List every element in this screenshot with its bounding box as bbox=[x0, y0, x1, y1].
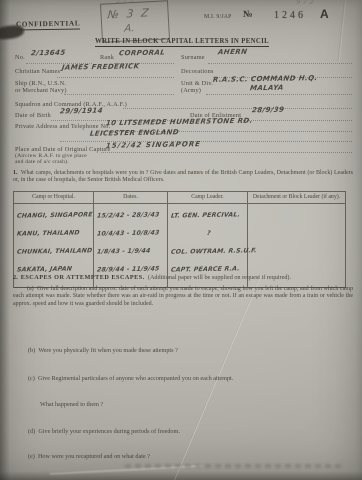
christian-names-label: Christian Names bbox=[15, 68, 60, 75]
question2-title-note: (Additional paper will be supplied on re… bbox=[148, 274, 291, 281]
case-number-stamp-box: № 3 Z A. bbox=[100, 0, 170, 43]
camp-leader: CAPT. PEARCE R.A. bbox=[170, 265, 240, 273]
top-right-fold bbox=[338, 0, 346, 62]
decorations-label: Decorations bbox=[181, 68, 214, 75]
question2d-label: (d) bbox=[28, 428, 35, 435]
question2e-label: (e) bbox=[28, 453, 35, 460]
stamp-box-number: № 3 Z bbox=[107, 6, 151, 21]
confidential-marking: CONFIDENTIAL bbox=[16, 19, 80, 30]
camp-row: SAKATA, JAPAN 28/9/44 - 11/9/45 CAPT. PE… bbox=[14, 258, 346, 276]
field-rule bbox=[243, 119, 352, 121]
camp-name: KANU, THAILAND bbox=[16, 229, 80, 237]
field-rule bbox=[60, 140, 352, 142]
unit-value-line1: R.A.S.C. COMMAND H.Q. bbox=[212, 74, 318, 84]
camp-name: CHUNKAI, THAILAND bbox=[16, 247, 92, 255]
camps-table-header-row: Camp or Hospital. Dates. Camp Leader. De… bbox=[14, 192, 346, 204]
left-edge-shadow bbox=[0, 0, 10, 480]
series-letter: A bbox=[320, 7, 329, 21]
christian-names-value: JAMES FREDERICK bbox=[61, 62, 140, 71]
question2c-label: (c) bbox=[28, 375, 35, 382]
surname-value: AHERN bbox=[217, 48, 247, 57]
unit-value-line2: MALAYA bbox=[249, 84, 284, 93]
header-camp-leader: Camp Leader. bbox=[168, 192, 248, 204]
stamp-box-letter: A. bbox=[124, 23, 135, 35]
field-rule bbox=[64, 93, 174, 95]
question2a-label: (a) bbox=[27, 286, 34, 292]
date-of-birth-value: 29/9/1914 bbox=[59, 107, 103, 116]
ship-label-line1: Ship (R.N., U.S.N. bbox=[15, 80, 66, 87]
header-detachment-leader: Detachment or Block Leader (if any). bbox=[248, 192, 346, 204]
header-dates: Dates. bbox=[94, 192, 168, 204]
question2e-text: (e) How were you recaptured and on what … bbox=[28, 453, 348, 460]
date-of-enlistment-value: 28/9/39 bbox=[251, 106, 284, 115]
question1-text: 1. What camps, detachments or hospitals … bbox=[13, 170, 353, 185]
question2d-text: (d) Give briefly your experiences during… bbox=[28, 428, 348, 435]
capture-label-line1: Place and Date of Original Capture bbox=[15, 146, 110, 153]
camp-leader: ? bbox=[207, 230, 212, 237]
field-rule bbox=[101, 151, 352, 153]
camp-dates: 28/9/44 - 11/9/45 bbox=[96, 265, 159, 273]
camp-leader: LT. GEN. PERCIVAL. bbox=[170, 211, 240, 219]
bottom-edge-shadow bbox=[0, 471, 362, 480]
bottom-showthrough-text bbox=[125, 464, 343, 468]
camp-leader: COL. OWTRAM. R.S.U.F. bbox=[170, 247, 257, 255]
pow-liberation-questionnaire: CONFIDENTIAL 2 1 2 № 3 Z A. M.I. 9/JAP №… bbox=[0, 0, 362, 480]
field-rule bbox=[206, 93, 352, 95]
unit-label-line1: Unit & Div. bbox=[181, 80, 213, 87]
form-reference: M.I. 9/JAP bbox=[204, 14, 232, 20]
camp-row: CHANGI, SINGAPORE 15/2/42 - 28/3/43 LT. … bbox=[14, 203, 346, 222]
question2c2-text: What happened to them ? bbox=[40, 401, 340, 408]
rank-label: Rank bbox=[100, 54, 114, 61]
question1-number: 1. bbox=[13, 170, 18, 176]
question2-number: 2. bbox=[13, 274, 18, 281]
ship-label-line2: or Merchant Navy) bbox=[15, 87, 67, 94]
instruction-heading: WRITE IN BLOCK CAPITAL LETTERS IN PENCIL bbox=[95, 38, 269, 47]
camp-dates: 15/2/42 - 28/3/43 bbox=[96, 211, 159, 219]
date-of-birth-label: Date of Birth bbox=[15, 112, 51, 119]
camp-dates: 1/8/43 - 1/9/44 bbox=[97, 247, 151, 255]
camp-row: CHUNKAI, THAILAND 1/8/43 - 1/9/44 COL. O… bbox=[14, 240, 346, 258]
field-rule bbox=[123, 107, 352, 109]
unit-label-line2: (Army) bbox=[181, 87, 201, 94]
field-rule bbox=[208, 62, 352, 64]
question2-heading: 2. ESCAPES OR ATTEMPTED ESCAPES. (Additi… bbox=[13, 274, 353, 281]
capture-value: 15/2/42 SINGAPORE bbox=[105, 140, 201, 150]
question2a-text: (a) Give full description and approx. da… bbox=[13, 286, 353, 308]
no-value: 2/13645 bbox=[30, 49, 66, 58]
faint-pencil-top-right: 9 7 2 bbox=[296, 0, 314, 6]
address-value-line2: LEICESTER ENGLAND bbox=[89, 128, 179, 138]
camp-name: SAKATA, JAPAN bbox=[17, 265, 73, 273]
surname-label: Surname bbox=[181, 54, 205, 61]
question2c-text: (c) Give Regimental particulars of anyon… bbox=[28, 375, 348, 382]
field-rule bbox=[57, 76, 174, 78]
address-value-line1: 10 LITSEMEDE HUMBERSTONE RD. bbox=[105, 117, 253, 128]
question2b-label: (b) bbox=[28, 347, 35, 354]
number-symbol: № bbox=[243, 10, 253, 20]
header-camp-or-hospital: Camp or Hospital. bbox=[14, 192, 94, 204]
camp-row: KANU, THAILAND 10/4/43 - 10/8/43 ? bbox=[14, 222, 346, 240]
rank-value: CORPORAL bbox=[118, 49, 165, 58]
question2b-text: (b) Were you physically fit when you mad… bbox=[28, 347, 348, 354]
capture-label-line3: and date of a/c crash). bbox=[15, 159, 69, 165]
serial-number-stamp: 1246 bbox=[274, 10, 306, 21]
question2-title: ESCAPES OR ATTEMPTED ESCAPES. bbox=[21, 274, 145, 281]
camp-dates: 10/4/43 - 10/8/43 bbox=[96, 229, 159, 237]
camp-name: CHANGI, SINGAPORE bbox=[16, 211, 93, 219]
no-label: No. bbox=[15, 54, 25, 61]
